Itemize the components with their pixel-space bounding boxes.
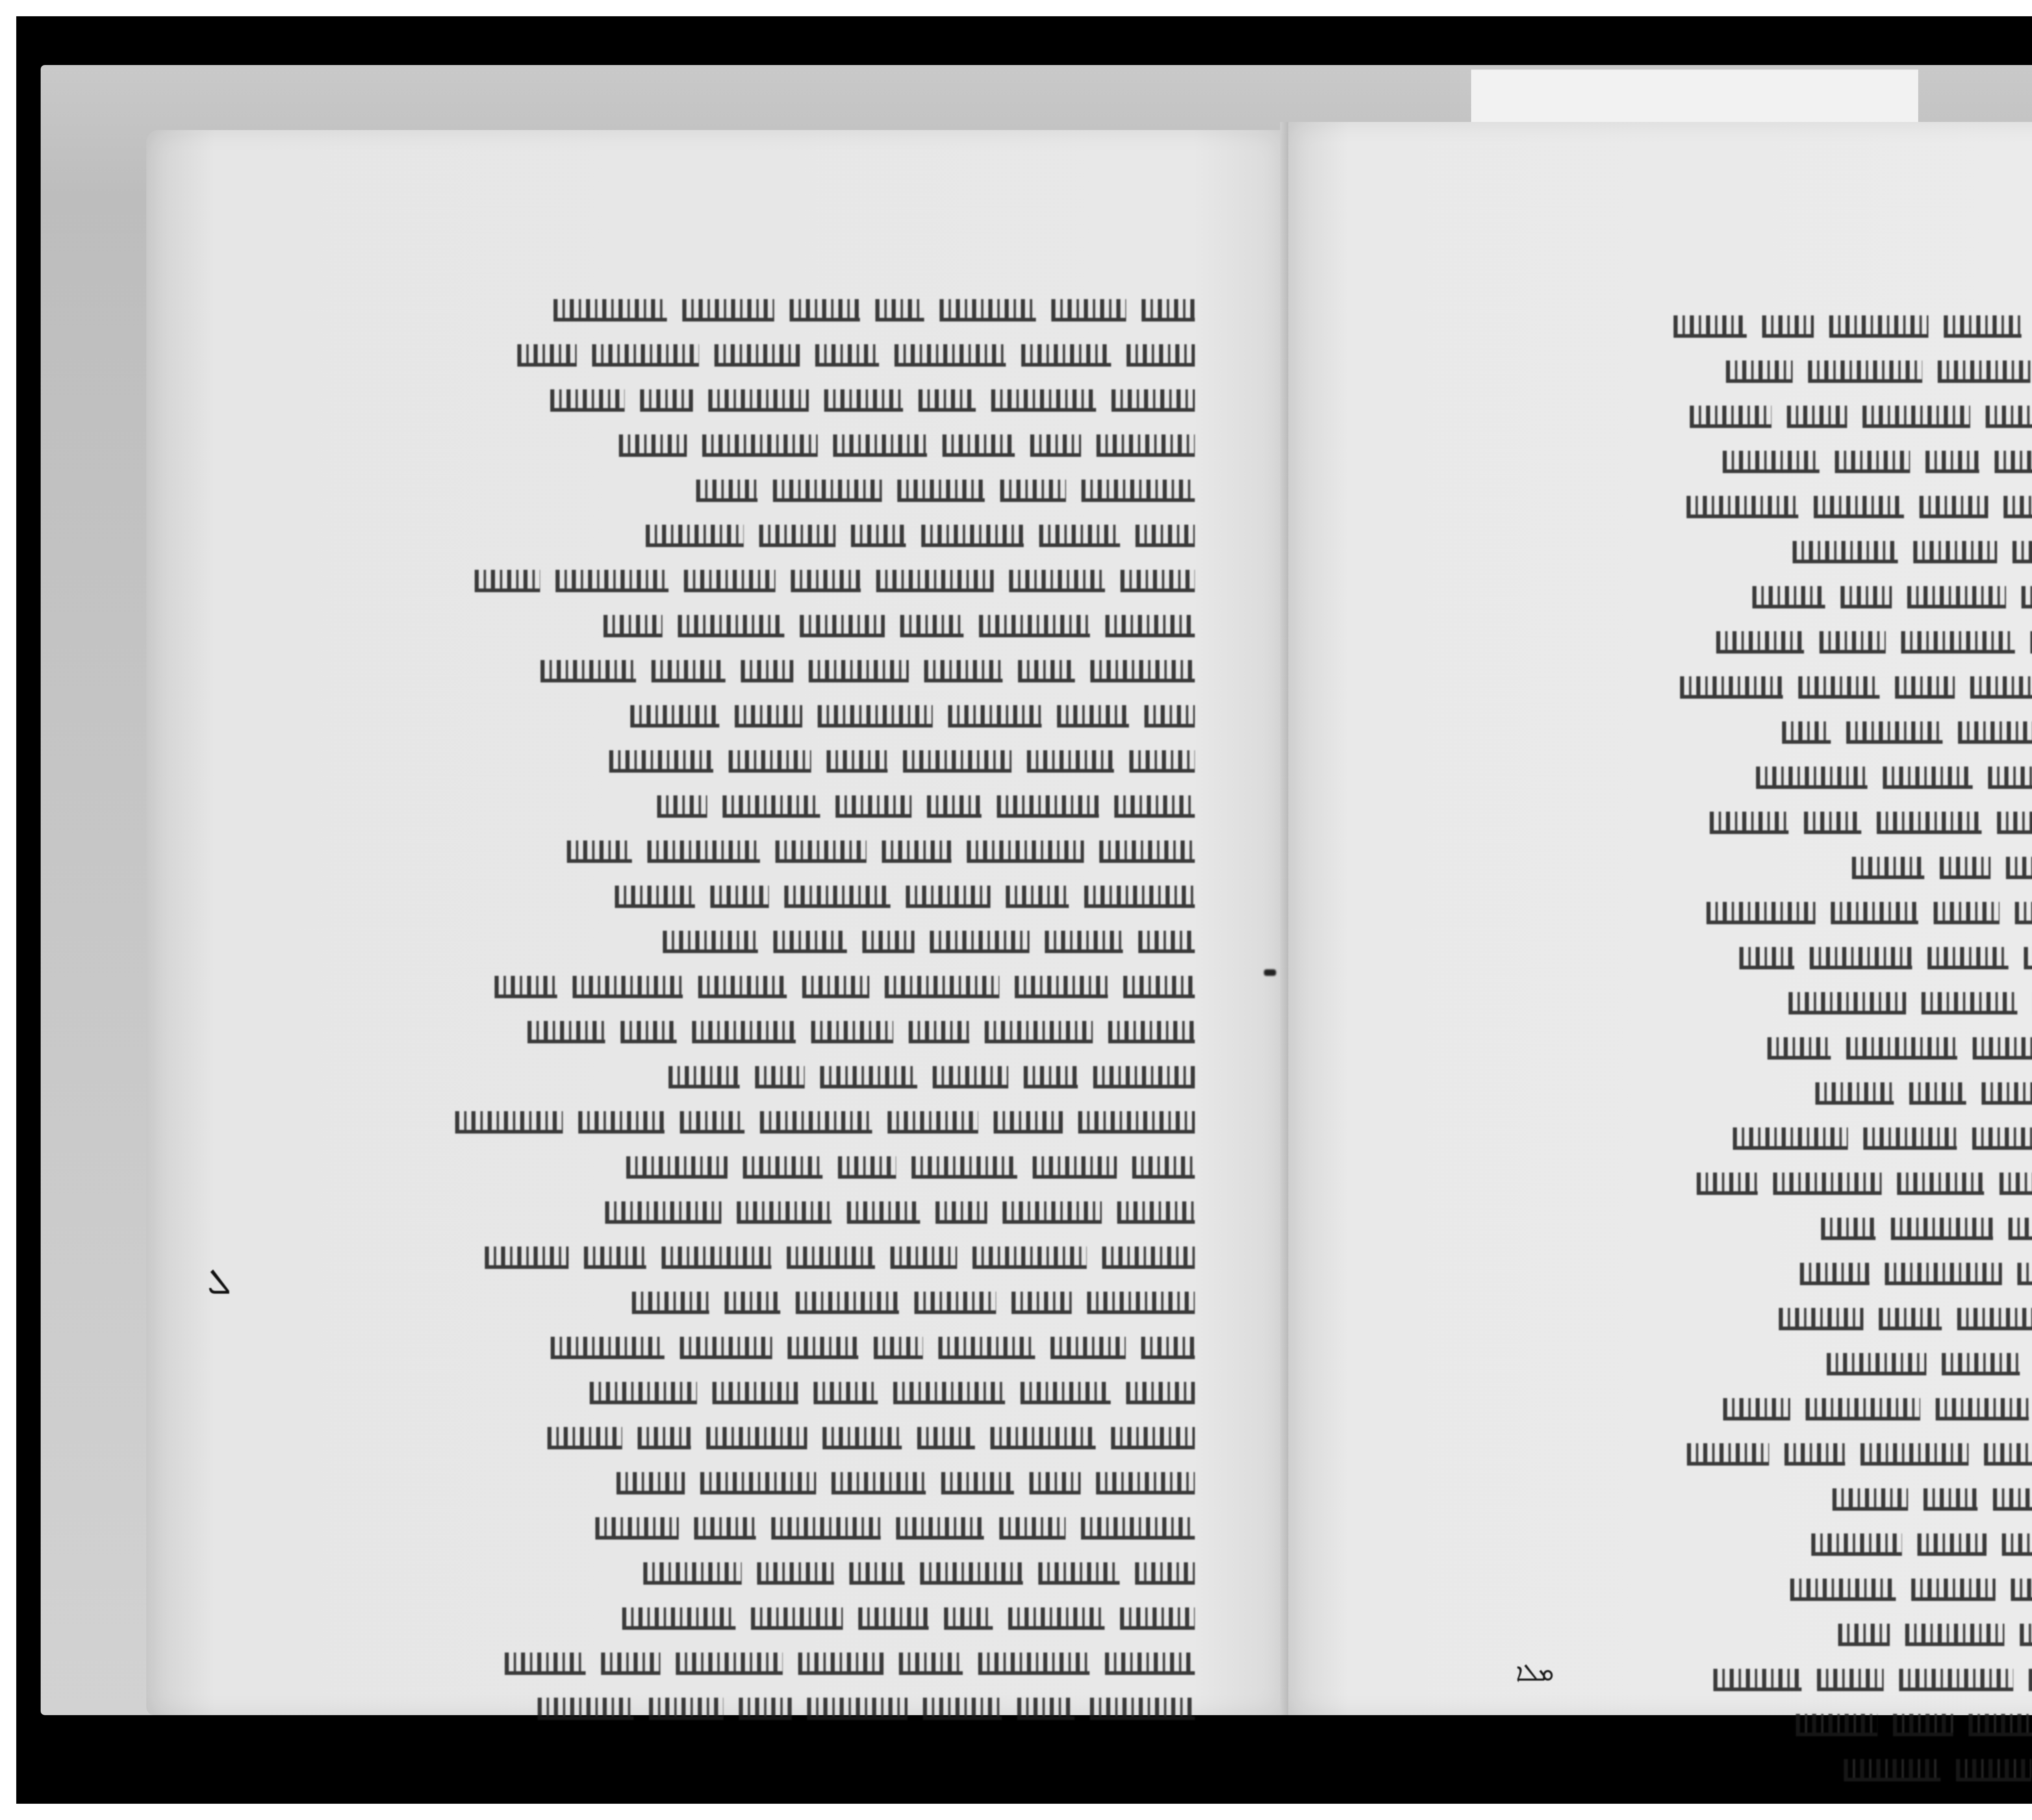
text-line	[398, 1548, 1195, 1593]
handwritten-word	[517, 344, 577, 367]
handwritten-word	[807, 1698, 907, 1720]
handwritten-word	[978, 1653, 1090, 1675]
text-line	[398, 420, 1195, 465]
handwritten-word	[833, 434, 927, 457]
handwritten-word	[1012, 1292, 1072, 1314]
handwritten-word	[1108, 1021, 1195, 1043]
handwritten-word	[604, 615, 662, 637]
handwritten-word	[584, 1247, 646, 1269]
text-line	[398, 1503, 1195, 1548]
text-line	[1479, 1158, 2032, 1203]
binding-thread	[1264, 969, 1276, 976]
handwritten-word	[609, 750, 713, 773]
text-line	[398, 1277, 1195, 1322]
handwritten-word	[1829, 315, 1928, 338]
handwritten-word	[1986, 406, 2032, 428]
handwritten-word	[1901, 631, 2015, 654]
handwritten-word	[1051, 299, 1126, 321]
handwritten-word	[2015, 902, 2032, 924]
text-line	[1479, 1023, 2032, 1068]
handwritten-word	[1767, 1037, 1831, 1060]
handwritten-word	[815, 344, 879, 367]
handwritten-word	[1993, 1488, 2032, 1511]
handwritten-word	[1021, 344, 1111, 367]
handwritten-word	[696, 480, 758, 502]
handwritten-word	[814, 1382, 878, 1404]
handwritten-word	[590, 1382, 697, 1404]
handwritten-word	[918, 389, 976, 412]
handwritten-word	[847, 1201, 920, 1224]
text-line	[398, 510, 1195, 555]
handwritten-word	[505, 1653, 586, 1675]
handwritten-word	[1846, 1037, 1957, 1060]
handwritten-word	[1752, 586, 1825, 608]
handwritten-word	[619, 434, 687, 457]
handwritten-word	[751, 1607, 843, 1630]
handwritten-word	[1863, 406, 1970, 428]
handwritten-word	[897, 480, 985, 502]
handwritten-word	[1804, 812, 1861, 834]
handwritten-word	[1997, 812, 2032, 834]
handwritten-word	[632, 1292, 709, 1314]
handwritten-word	[1852, 857, 1924, 879]
handwritten-word	[909, 1021, 969, 1043]
handwritten-word	[692, 1021, 796, 1043]
handwritten-word	[818, 705, 933, 728]
text-line	[1479, 932, 2032, 977]
text-line	[398, 1638, 1195, 1683]
handwritten-word	[849, 1562, 905, 1585]
handwritten-word	[554, 299, 667, 321]
handwritten-word	[1087, 1292, 1195, 1314]
handwritten-word	[1779, 1308, 1863, 1330]
handwritten-word	[1938, 361, 2030, 383]
handwritten-word	[912, 1156, 1017, 1179]
handwritten-word	[657, 795, 707, 818]
handwritten-word	[725, 1292, 780, 1314]
handwritten-word	[729, 750, 811, 773]
handwritten-word	[550, 389, 625, 412]
handwritten-word	[1687, 496, 1798, 518]
handwritten-word	[1029, 1472, 1081, 1494]
text-line	[398, 1457, 1195, 1503]
handwritten-word	[784, 886, 890, 908]
handwritten-word	[1893, 1714, 1953, 1736]
handwritten-word	[1970, 676, 2032, 699]
handwritten-word	[1921, 992, 2017, 1014]
handwritten-word	[1127, 344, 1195, 367]
handwritten-word	[787, 1247, 875, 1269]
text-line	[398, 600, 1195, 645]
handwritten-word	[1984, 1443, 2032, 1466]
handwritten-word	[900, 615, 964, 637]
text-line	[1479, 752, 2032, 797]
handwritten-word	[1084, 886, 1195, 908]
handwritten-word	[896, 1517, 984, 1540]
text-line	[398, 1006, 1195, 1051]
handwritten-word	[601, 1653, 660, 1675]
handwritten-word	[1132, 1156, 1195, 1179]
text-line	[398, 1142, 1195, 1187]
text-line	[398, 1412, 1195, 1457]
handwritten-word	[1808, 361, 1922, 383]
handwritten-word	[1111, 1427, 1195, 1449]
handwritten-word	[541, 660, 636, 682]
handwritten-word	[1120, 570, 1195, 592]
handwritten-word	[737, 1201, 831, 1224]
handwritten-word	[1814, 496, 1904, 518]
handwritten-word	[823, 1427, 902, 1449]
handwritten-word	[1045, 931, 1123, 953]
handwritten-word	[809, 660, 909, 682]
handwritten-word	[1003, 1201, 1102, 1224]
handwritten-word	[800, 615, 885, 637]
handwritten-word	[2006, 857, 2032, 879]
handwritten-word	[1674, 315, 1747, 338]
handwritten-word	[2012, 541, 2032, 563]
handwritten-word	[669, 1066, 740, 1088]
handwritten-word	[680, 1111, 745, 1134]
handwritten-word	[920, 1562, 1023, 1585]
handwritten-word	[1690, 406, 1771, 428]
handwritten-word	[694, 1517, 756, 1540]
handwritten-word	[2021, 586, 2032, 608]
handwritten-word	[615, 886, 695, 908]
handwritten-word	[1934, 902, 1999, 924]
handwritten-word	[1129, 750, 1195, 773]
handwritten-word	[1819, 631, 1886, 654]
handwritten-word	[914, 1292, 996, 1314]
handwritten-word	[1811, 1533, 1902, 1556]
handwritten-word	[684, 570, 775, 592]
handwritten-word	[1144, 705, 1195, 728]
handwritten-word	[1923, 1488, 1978, 1511]
text-line	[398, 1232, 1195, 1277]
handwritten-word	[1710, 812, 1789, 834]
text-line	[398, 330, 1195, 375]
handwritten-word	[682, 299, 774, 321]
handwritten-word	[906, 886, 990, 908]
catchword: ܡܠܐ	[1516, 1658, 1554, 1687]
text-line	[1479, 662, 2032, 707]
handwritten-word	[997, 795, 1099, 818]
text-line	[398, 961, 1195, 1006]
handwritten-word	[739, 1698, 792, 1720]
handwritten-word	[1995, 451, 2032, 473]
handwritten-word	[1020, 1382, 1111, 1404]
handwritten-word	[698, 976, 787, 998]
handwritten-word	[773, 931, 847, 953]
handwritten-word	[999, 1517, 1066, 1540]
handwritten-word	[1015, 976, 1108, 998]
handwritten-word	[1787, 406, 1847, 428]
text-line	[1479, 617, 2032, 662]
handwritten-word	[827, 750, 888, 773]
handwritten-word	[1057, 705, 1129, 728]
handwritten-word	[495, 976, 557, 998]
handwritten-word	[760, 1111, 872, 1134]
handwritten-word	[1135, 525, 1195, 547]
text-line	[1479, 571, 2032, 617]
handwritten-word	[1723, 451, 1819, 473]
handwritten-word	[2011, 1579, 2032, 1601]
handwritten-word	[1999, 1173, 2032, 1195]
handwritten-word	[1911, 1579, 1995, 1601]
handwritten-word	[1798, 676, 1880, 699]
handwritten-word	[1138, 931, 1195, 953]
handwritten-word	[1027, 750, 1114, 773]
handwritten-word	[538, 1698, 634, 1720]
text-line	[1479, 1429, 2032, 1474]
handwritten-word	[1832, 1488, 1908, 1511]
text-line	[1479, 1699, 2032, 1744]
handwritten-word	[1017, 1698, 1075, 1720]
handwritten-word	[759, 525, 836, 547]
handwritten-word	[927, 795, 981, 818]
handwritten-word	[1913, 541, 1997, 563]
handwritten-word	[923, 1698, 1002, 1720]
marginal-note: ܠ	[207, 1260, 231, 1303]
text-line	[1479, 1338, 2032, 1383]
handwritten-word	[1006, 886, 1069, 908]
handwritten-word	[1687, 1443, 1769, 1466]
left-page-text	[398, 285, 1195, 1728]
handwritten-word	[985, 1021, 1093, 1043]
text-line	[398, 781, 1195, 826]
handwritten-word	[647, 841, 760, 863]
left-page: ܠ	[146, 130, 1284, 1715]
text-line	[1479, 481, 2032, 526]
text-line	[398, 375, 1195, 420]
handwritten-word	[790, 299, 860, 321]
text-line	[1479, 707, 2032, 752]
text-line	[398, 1367, 1195, 1412]
handwritten-word	[1835, 451, 1910, 473]
handwritten-word	[788, 1337, 858, 1359]
handwritten-word	[973, 1247, 1087, 1269]
handwritten-word	[775, 841, 866, 863]
handwritten-word	[2024, 947, 2032, 969]
handwritten-word	[1112, 389, 1195, 412]
text-line	[398, 645, 1195, 691]
handwritten-word	[1796, 1714, 1878, 1736]
handwritten-word	[1773, 1173, 1882, 1195]
handwritten-word	[899, 1653, 963, 1675]
handwritten-word	[567, 841, 632, 863]
text-line	[1479, 842, 2032, 887]
handwritten-word	[1831, 902, 1918, 924]
handwritten-word	[874, 1337, 923, 1359]
handwritten-word	[662, 1247, 771, 1269]
handwritten-word	[1099, 841, 1195, 863]
handwritten-word	[1105, 615, 1195, 637]
handwritten-word	[1897, 1173, 1984, 1195]
handwritten-word	[578, 1111, 664, 1134]
handwritten-word	[1030, 434, 1081, 457]
handwritten-word	[455, 1111, 563, 1134]
handwritten-word	[1905, 1624, 2004, 1646]
handwritten-word	[771, 1517, 881, 1540]
text-line	[398, 465, 1195, 510]
handwritten-word	[875, 299, 924, 321]
handwritten-word	[936, 1201, 987, 1224]
handwritten-word	[1877, 812, 1982, 834]
handwritten-word	[1972, 1127, 2032, 1150]
handwritten-word	[2008, 1218, 2032, 1240]
handwritten-word	[903, 750, 1012, 773]
handwritten-word	[885, 976, 999, 998]
handwritten-word	[651, 660, 725, 682]
handwritten-word	[967, 841, 1084, 863]
handwritten-word	[2020, 1624, 2032, 1646]
text-line	[1479, 977, 2032, 1023]
handwritten-word	[990, 1427, 1096, 1449]
handwritten-word	[1917, 1533, 1986, 1556]
handwritten-word	[1081, 480, 1195, 502]
handwritten-word	[1982, 1082, 2032, 1105]
text-line	[1479, 1248, 2032, 1293]
handwritten-word	[621, 1021, 677, 1043]
handwritten-word	[838, 1156, 896, 1179]
handwritten-word	[1126, 1382, 1195, 1404]
handwritten-word	[649, 1698, 723, 1720]
handwritten-word	[528, 1021, 605, 1043]
handwritten-word	[1973, 1037, 2032, 1060]
handwritten-word	[811, 1021, 893, 1043]
handwritten-word	[663, 931, 758, 953]
handwritten-word	[1038, 1562, 1120, 1585]
handwritten-word	[710, 886, 769, 908]
handwritten-word	[1846, 721, 1943, 744]
handwritten-word	[1706, 902, 1815, 924]
text-line	[1479, 1203, 2032, 1248]
handwritten-word	[1909, 1082, 1966, 1105]
handwritten-word	[1733, 1127, 1848, 1150]
handwritten-word	[791, 570, 861, 592]
handwritten-word	[551, 1337, 664, 1359]
handwritten-word	[1142, 299, 1195, 321]
handwritten-word	[475, 570, 540, 592]
handwritten-word	[1844, 1759, 1941, 1781]
handwritten-word	[1723, 1398, 1790, 1420]
handwritten-word	[1800, 1263, 1869, 1285]
text-line	[398, 736, 1195, 781]
handwritten-word	[798, 1653, 884, 1675]
handwritten-word	[1988, 767, 2032, 789]
handwritten-word	[1096, 1472, 1195, 1494]
handwritten-word	[1863, 1127, 1957, 1150]
text-line	[1479, 301, 2032, 346]
text-line	[398, 1187, 1195, 1232]
handwritten-word	[1958, 721, 2032, 744]
handwritten-word	[796, 1292, 899, 1314]
handwritten-word	[1790, 1579, 1896, 1601]
handwritten-word	[820, 1066, 917, 1088]
handwritten-word	[1697, 1173, 1758, 1195]
handwritten-word	[1838, 1624, 1890, 1646]
handwritten-word	[1883, 767, 1973, 789]
handwritten-word	[1009, 570, 1105, 592]
handwritten-word	[1957, 1308, 2032, 1330]
handwritten-word	[678, 615, 784, 637]
handwritten-word	[940, 299, 1036, 321]
handwritten-word	[1895, 676, 1955, 699]
text-line	[1479, 887, 2032, 932]
handwritten-word	[1090, 1698, 1195, 1720]
text-line	[1479, 1744, 2032, 1790]
right-page: ܡܢ ܡܠܐ	[1288, 122, 2032, 1715]
handwritten-word	[1024, 1066, 1078, 1088]
handwritten-word	[743, 1156, 823, 1179]
handwritten-word	[824, 389, 903, 412]
handwritten-word	[2002, 1533, 2032, 1556]
handwritten-word	[1785, 1443, 1845, 1466]
handwritten-word	[605, 1201, 721, 1224]
text-line	[398, 555, 1195, 600]
handwritten-word	[1928, 947, 2008, 969]
handwritten-word	[1885, 1263, 2002, 1285]
handwritten-word	[2030, 631, 2032, 654]
handwritten-word	[1756, 767, 1867, 789]
handwritten-word	[617, 1472, 685, 1494]
handwritten-word	[1762, 315, 1814, 338]
text-line	[398, 871, 1195, 916]
text-line	[1479, 391, 2032, 436]
handwritten-word	[547, 1427, 622, 1449]
handwritten-word	[592, 344, 699, 367]
handwritten-word	[1120, 1607, 1195, 1630]
handwritten-word	[773, 480, 882, 502]
handwritten-word	[700, 1472, 816, 1494]
text-line	[398, 1593, 1195, 1638]
handwritten-word	[802, 976, 869, 998]
handwritten-word	[1008, 1607, 1105, 1630]
handwritten-word	[1841, 586, 1892, 608]
handwritten-word	[890, 1247, 957, 1269]
handwritten-word	[924, 660, 1003, 682]
text-line	[1479, 1609, 2032, 1654]
handwritten-word	[646, 525, 744, 547]
text-line	[398, 916, 1195, 961]
handwritten-word	[862, 931, 914, 953]
handwritten-word	[1782, 721, 1831, 744]
handwritten-word	[836, 795, 912, 818]
handwritten-word	[638, 1427, 691, 1449]
handwritten-word	[595, 1517, 679, 1540]
handwritten-word	[1739, 947, 1794, 969]
handwritten-word	[858, 1607, 929, 1630]
handwritten-word	[1680, 676, 1783, 699]
handwritten-word	[630, 705, 719, 728]
handwritten-word	[1879, 1308, 1942, 1330]
handwritten-word	[1114, 795, 1195, 818]
text-line	[1479, 1474, 2032, 1519]
handwritten-word	[741, 660, 793, 682]
handwritten-word	[1096, 434, 1195, 457]
handwritten-word	[1926, 451, 1979, 473]
handwritten-word	[933, 1066, 1008, 1088]
handwritten-word	[1018, 660, 1075, 682]
handwritten-word	[921, 525, 1024, 547]
handwritten-word	[640, 389, 693, 412]
handwritten-word	[712, 1382, 798, 1404]
text-line	[1479, 1113, 2032, 1158]
handwritten-word	[1907, 586, 2006, 608]
handwritten-word	[706, 1427, 807, 1449]
text-line	[398, 285, 1195, 330]
handwritten-word	[714, 344, 800, 367]
text-line	[1479, 1564, 2032, 1609]
